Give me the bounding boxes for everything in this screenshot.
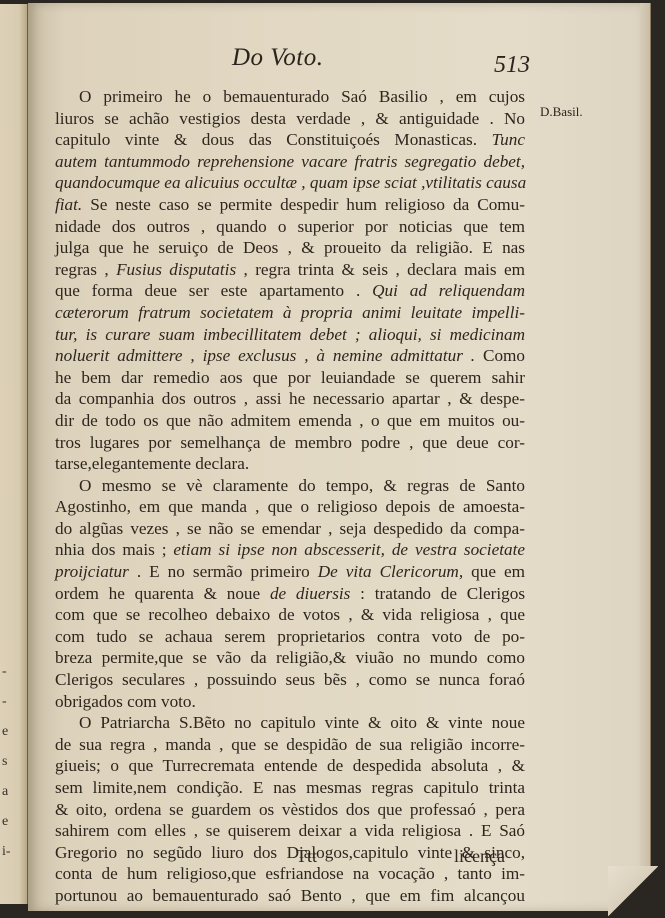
text-line: breza permite,que se vão da religião,& v…	[55, 647, 525, 669]
text-line: tarse,elegantemente declara.	[55, 453, 525, 475]
text-line: da companhia dos outros , assi he necess…	[55, 388, 525, 410]
text-line: Agostinho, em que manda , que o religios…	[55, 496, 525, 518]
text-line: obrigados com voto.	[55, 691, 525, 713]
text-line: com tudo se achaua serem proprietarios c…	[55, 626, 525, 648]
text-line: nidade dos outros , quando o superior po…	[55, 216, 525, 238]
text-line: de sua regra , manda , que se despidão d…	[55, 734, 525, 756]
prev-page-fragment: i-	[2, 844, 11, 860]
text-line: tur, is curare suam imbecillitatem debet…	[55, 324, 525, 346]
previous-page-edge: --esaei-	[0, 4, 28, 904]
text-line: noluerit admittere , ipse exclusus , à n…	[55, 345, 525, 367]
text-line: O mesmo se vè claramente do tempo, & reg…	[55, 475, 525, 497]
body-text: O primeiro he o bemauenturado Saó Basili…	[55, 86, 525, 907]
text-line: tros lugares por semelhança de membro po…	[55, 432, 525, 454]
text-line: proijciatur . E no sermão primeiro De vi…	[55, 561, 525, 583]
text-line: cæterorum fratrum societatem à propria a…	[55, 302, 525, 324]
running-head: Do Voto.	[232, 44, 324, 72]
prev-page-fragment: a	[2, 784, 8, 800]
page-number: 513	[494, 52, 530, 79]
text-line: do algũas vezes , se não se emendar , se…	[55, 518, 525, 540]
prev-page-fragment: e	[2, 724, 8, 740]
text-line: O primeiro he o bemauenturado Saó Basili…	[55, 86, 525, 108]
text-line: sahirem com elles , se quiserem deixar a…	[55, 820, 525, 842]
page-fore-edge	[640, 3, 651, 893]
text-line: ordem he quarenta & noue de diuersis : t…	[55, 583, 525, 605]
text-line: O Patriarcha S.Bẽto no capitulo vinte & …	[55, 712, 525, 734]
text-line: & oito, ordena se guardem os vèstidos do…	[55, 799, 525, 821]
text-line: Clerigos seculares , possuindo seus bẽs …	[55, 669, 525, 691]
text-line: autem tantummodo reprehensione vacare fr…	[55, 151, 525, 173]
prev-page-fragment: s	[2, 754, 7, 770]
text-line: nhia dos mais ; etiam si ipse non absces…	[55, 539, 525, 561]
text-line: julga que he seruiço de Deos , & proueit…	[55, 237, 525, 259]
text-line: dir de todo os que não admitem emenda , …	[55, 410, 525, 432]
marginal-note: D.Basil.	[540, 104, 583, 120]
text-line: sem limite,nem condição. E nas mesmas re…	[55, 777, 525, 799]
text-line: giueis; o que Turrecremata entende de de…	[55, 755, 525, 777]
text-line: portunou ao bemauenturado saó Bento , qu…	[55, 885, 525, 907]
signature-mark: Ttt	[296, 846, 317, 867]
prev-page-fragment: -	[2, 694, 7, 710]
catchword: licença	[454, 846, 505, 867]
text-line: que forma deue ser este apartamento . Qu…	[55, 280, 525, 302]
text-line: regras , Fusius disputatis , regra trint…	[55, 259, 525, 281]
text-line: com que se recolheo debaixo de votos , &…	[55, 604, 525, 626]
text-line: he bem dar remedio aos que por leuiandad…	[55, 367, 525, 389]
text-line: fiat. Se neste caso se permite despedir …	[55, 194, 525, 216]
prev-page-fragment: -	[2, 664, 7, 680]
prev-page-fragment: e	[2, 814, 8, 830]
folded-corner	[608, 866, 658, 916]
text-line: capitulo vinte & dous das Constituiçoés …	[55, 129, 525, 151]
text-line: liuros se achão vestigios desta verdade …	[55, 108, 525, 130]
text-line: quandocumque ea alicuius occultæ , quam …	[55, 172, 525, 194]
